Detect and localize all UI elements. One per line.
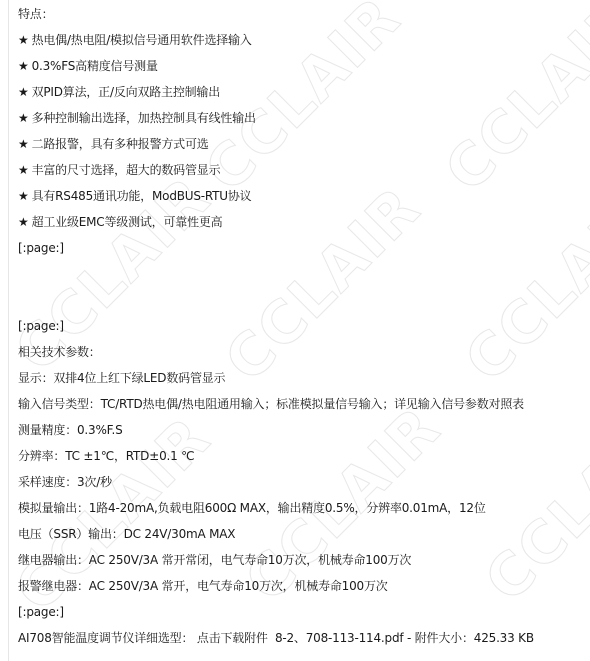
download-label: AI708智能温度调节仪详细选型： bbox=[18, 631, 193, 645]
page-marker: [:page:] bbox=[18, 240, 64, 256]
star-icon: ★ bbox=[18, 136, 29, 152]
spec-item: 显示：双排4位上红下绿LED数码管显示 bbox=[18, 370, 225, 386]
attachment-file-link[interactable]: 8-2、708-113-114.pdf bbox=[275, 631, 403, 645]
feature-item: ★多种控制输出选择，加热控制具有线性输出 bbox=[18, 110, 256, 126]
star-icon: ★ bbox=[18, 110, 29, 126]
download-attachment-link[interactable]: 点击下载附件 bbox=[197, 631, 268, 645]
feature-item: ★热电偶/热电阻/模拟信号通用软件选择输入 bbox=[18, 32, 252, 48]
feature-item: ★二路报警，具有多种报警方式可选 bbox=[18, 136, 209, 152]
download-row: AI708智能温度调节仪详细选型： 点击下载附件 8-2、708-113-114… bbox=[18, 630, 534, 646]
feature-item: ★双PID算法，正/反向双路主控制输出 bbox=[18, 84, 220, 100]
spec-item: 分辨率：TC ±1℃，RTD±0.1 ℃ bbox=[18, 448, 194, 464]
star-icon: ★ bbox=[18, 162, 29, 178]
star-icon: ★ bbox=[18, 32, 29, 48]
feature-item: ★丰富的尺寸选择，超大的数码管显示 bbox=[18, 162, 220, 178]
spec-item: 测量精度：0.3%F.S bbox=[18, 422, 123, 438]
star-icon: ★ bbox=[18, 214, 29, 230]
spec-item: 采样速度：3次/秒 bbox=[18, 474, 112, 490]
spec-item: 输入信号类型：TC/RTD热电偶/热电阻通用输入；标准模拟量信号输入；详见输入信… bbox=[18, 396, 524, 412]
spec-item: 电压（SSR）输出：DC 24V/30mA MAX bbox=[18, 526, 235, 542]
page-marker: [:page:] bbox=[18, 318, 64, 334]
star-icon: ★ bbox=[18, 58, 29, 74]
feature-item: ★0.3%FS高精度信号测量 bbox=[18, 58, 158, 74]
spec-item: 继电器输出：AC 250V/3A 常开常闭，电气寿命10万次，机械寿命100万次 bbox=[18, 552, 411, 568]
feature-item: ★超工业级EMC等级测试，可靠性更高 bbox=[18, 214, 222, 230]
attachment-size: - 附件大小：425.33 KB bbox=[407, 631, 534, 645]
star-icon: ★ bbox=[18, 188, 29, 204]
features-heading: 特点： bbox=[18, 6, 53, 22]
star-icon: ★ bbox=[18, 84, 29, 100]
page-marker: [:page:] bbox=[18, 604, 64, 620]
feature-item: ★具有RS485通讯功能，ModBUS-RTU协议 bbox=[18, 188, 251, 204]
spec-item: 报警继电器：AC 250V/3A 常开，电气寿命10万次，机械寿命100万次 bbox=[18, 578, 388, 594]
spec-item: 模拟量输出：1路4-20mA,负载电阻600Ω MAX，输出精度0.5%，分辨率… bbox=[18, 500, 486, 516]
specs-heading: 相关技术参数： bbox=[18, 344, 101, 360]
